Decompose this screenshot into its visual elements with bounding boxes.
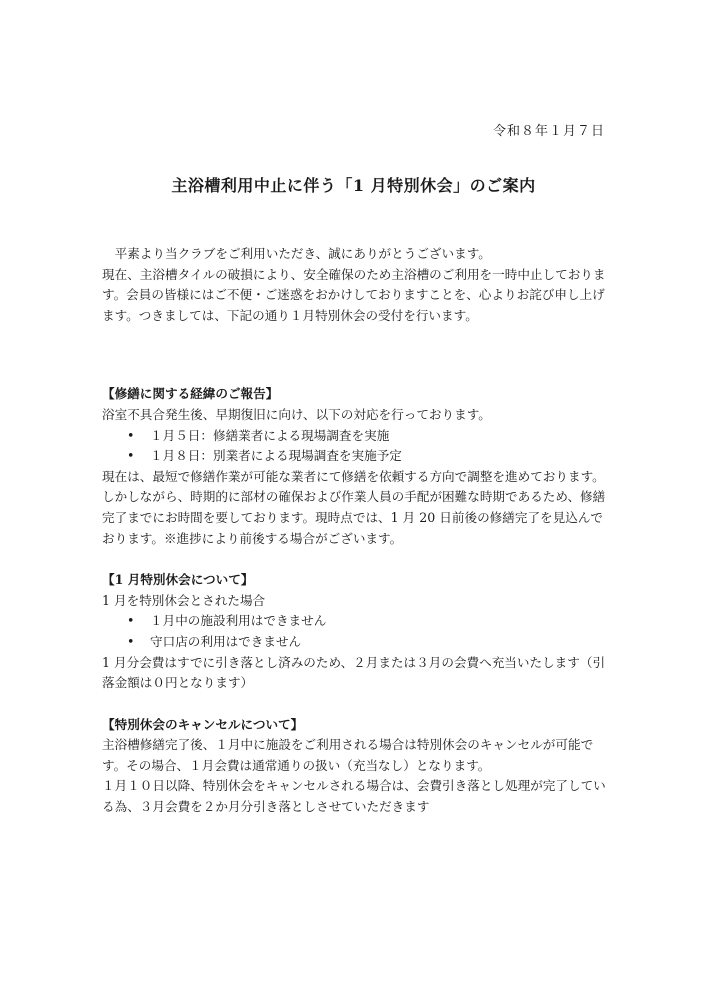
section-special-leave: 【1 月特別休会について】 1 月を特別休会とされた場合 • １月中の施設利用は… [102, 570, 610, 694]
bullet-icon: • [127, 611, 134, 632]
spacer [102, 694, 610, 715]
bullet-list: • １月５日：修繕業者による現場調査を実施 • １月８日：別業者による現場調査を… [102, 426, 610, 467]
section-heading: 【修繕に関する経緯のご報告】 [102, 384, 610, 405]
list-item-text: 守口店の利用はできません [150, 634, 301, 649]
section-heading: 【特別休会のキャンセルについて】 [102, 715, 610, 736]
intro-paragraph: 現在、主浴槽タイルの破損により、安全確保のため主浴槽のご利用を一時中止しておりま… [102, 265, 610, 327]
list-item: • １月５日：修繕業者による現場調査を実施 [102, 426, 610, 447]
document-title: 主浴槽利用中止に伴う「1 月特別休会」のご案内 [0, 173, 707, 196]
list-item-text: １月中の施設利用はできません [150, 613, 326, 628]
section-lead: 浴室不具合発生後、早期復旧に向け、以下の対応を行っております。 [102, 405, 610, 426]
section-cancellation: 【特別休会のキャンセルについて】 主浴槽修繕完了後、１月中に施設をご利用される場… [102, 715, 610, 818]
list-item: • １月中の施設利用はできません [102, 611, 610, 632]
section-paragraph: 現在は、最短で修繕作業が可能な業者にて修繕を依頼する方向で調整を進めております。… [102, 467, 610, 549]
spacer [102, 326, 610, 384]
intro-greeting: 平素より当クラブをご利用いただき、誠にありがとうございます。 [102, 244, 610, 265]
spacer [102, 549, 610, 570]
bullet-icon: • [127, 446, 134, 467]
section-paragraph: 主浴槽修繕完了後、１月中に施設をご利用される場合は特別休会のキャンセルが可能です… [102, 735, 610, 776]
document-date: 令和８年１月７日 [493, 120, 605, 139]
section-paragraph: 1 月分会費はすでに引き落とし済みのため、２月または３月の会費へ充当いたします（… [102, 653, 610, 694]
section-heading: 【1 月特別休会について】 [102, 570, 610, 591]
section-paragraph: １月１０日以降、特別休会をキャンセルされる場合は、会費引き落とし処理が完了してい… [102, 776, 610, 817]
list-item-text: １月５日：修繕業者による現場調査を実施 [150, 428, 389, 443]
list-item: • 守口店の利用はできません [102, 632, 610, 653]
section-repair-report: 【修繕に関する経緯のご報告】 浴室不具合発生後、早期復旧に向け、以下の対応を行っ… [102, 384, 610, 549]
bullet-list: • １月中の施設利用はできません • 守口店の利用はできません [102, 611, 610, 652]
document-page: 令和８年１月７日 主浴槽利用中止に伴う「1 月特別休会」のご案内 平素より当クラ… [0, 0, 707, 1000]
list-item: • １月８日：別業者による現場調査を実施予定 [102, 446, 610, 467]
section-lead: 1 月を特別休会とされた場合 [102, 591, 610, 612]
bullet-icon: • [127, 632, 134, 653]
list-item-text: １月８日：別業者による現場調査を実施予定 [150, 448, 402, 463]
bullet-icon: • [127, 426, 134, 447]
document-body: 平素より当クラブをご利用いただき、誠にありがとうございます。 現在、主浴槽タイル… [102, 244, 610, 818]
